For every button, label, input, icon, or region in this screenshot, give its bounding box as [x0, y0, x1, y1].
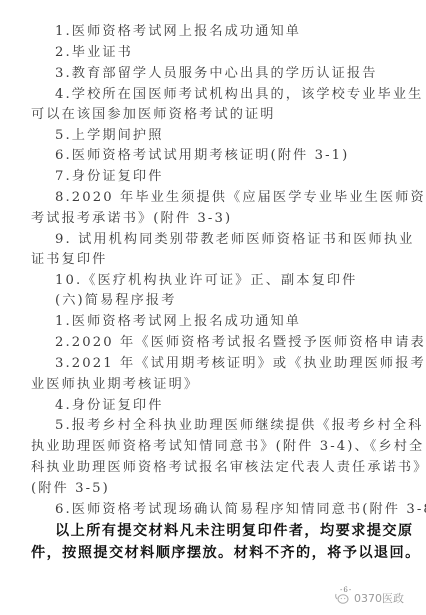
notice-text: 以上所有提交材料凡未注明复印件者，均要求提交原	[55, 521, 414, 541]
section-heading: (六)简易程序报考	[55, 291, 177, 311]
list-item: 1.医师资格考试网上报名成功通知单	[55, 22, 301, 42]
list-item: 8.2020 年毕业生须提供《应届医学专业毕业生医师资格	[55, 188, 426, 208]
list-item: 2.2020 年《医师资格考试报名暨授予医师资格申请表》	[55, 333, 426, 353]
list-item: 7.身份证复印件	[55, 167, 164, 187]
document-page: 1.医师资格考试网上报名成功通知单 2.毕业证书 3.教育部留学人员服务中心出具…	[0, 0, 426, 615]
watermark: 0370医政	[334, 590, 404, 606]
list-item: 10.《医疗机构执业许可证》正、副本复印件	[55, 271, 357, 291]
list-item: 6.医师资格考试现场确认简易程序知情同意书(附件 3-8)	[55, 500, 426, 520]
list-item: 6.医师资格考试试用期考核证明(附件 3-1)	[55, 146, 349, 166]
list-item: 4.身份证复印件	[55, 396, 164, 416]
list-item-continuation: 可以在该国参加医师资格考试的证明	[31, 105, 276, 125]
list-item-continuation: 执业助理医师资格考试知情同意书》(附件 3-4)、《乡村全	[31, 437, 424, 457]
list-item-continuation: (附件 3-5)	[31, 479, 110, 499]
notice-text-continuation: 件，按照提交材料顺序摆放。材料不齐的，将予以退回。	[31, 543, 421, 563]
wechat-icon	[334, 591, 350, 605]
list-item: 1.医师资格考试网上报名成功通知单	[55, 312, 301, 332]
list-item-continuation: 证书复印件	[31, 250, 107, 270]
list-item: 3.2021 年《试用期考核证明》或《执业助理医师报考执	[55, 354, 426, 374]
list-item-continuation: 考试报考承诺书》(附件 3-3)	[31, 209, 232, 229]
list-item: 2.毕业证书	[55, 43, 133, 63]
list-item: 3.教育部留学人员服务中心出具的学历认证报告	[55, 64, 378, 84]
list-item: 9. 试用机构同类别带教老师医师资格证书和医师执业	[55, 230, 414, 250]
watermark-text: 0370医政	[354, 590, 404, 606]
list-item: 4.学校所在国医师考试机构出具的，该学校专业毕业生	[55, 85, 423, 105]
list-item-continuation: 科执业助理医师资格考试报名审核法定代表人责任承诺书》	[31, 458, 426, 478]
list-item: 5.上学期间护照	[55, 126, 164, 146]
list-item: 5.报考乡村全科执业助理医师继续提供《报考乡村全科	[55, 416, 423, 436]
list-item-continuation: 业医师执业期考核证明》	[31, 375, 199, 395]
